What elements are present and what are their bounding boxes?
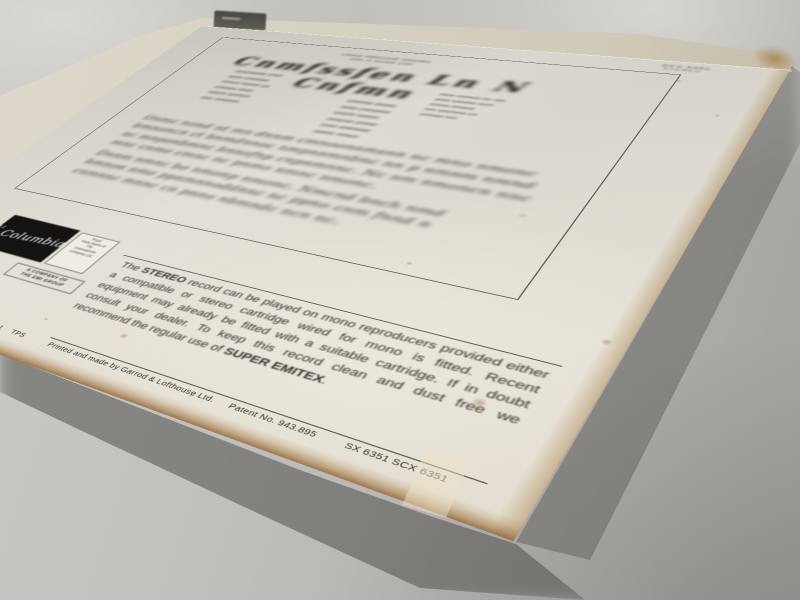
photo-stage: SCX 6351 STEREO cmne nmccnm nnomo nnc n …: [0, 0, 800, 600]
columbia-logo-script: Columbia: [0, 228, 69, 250]
